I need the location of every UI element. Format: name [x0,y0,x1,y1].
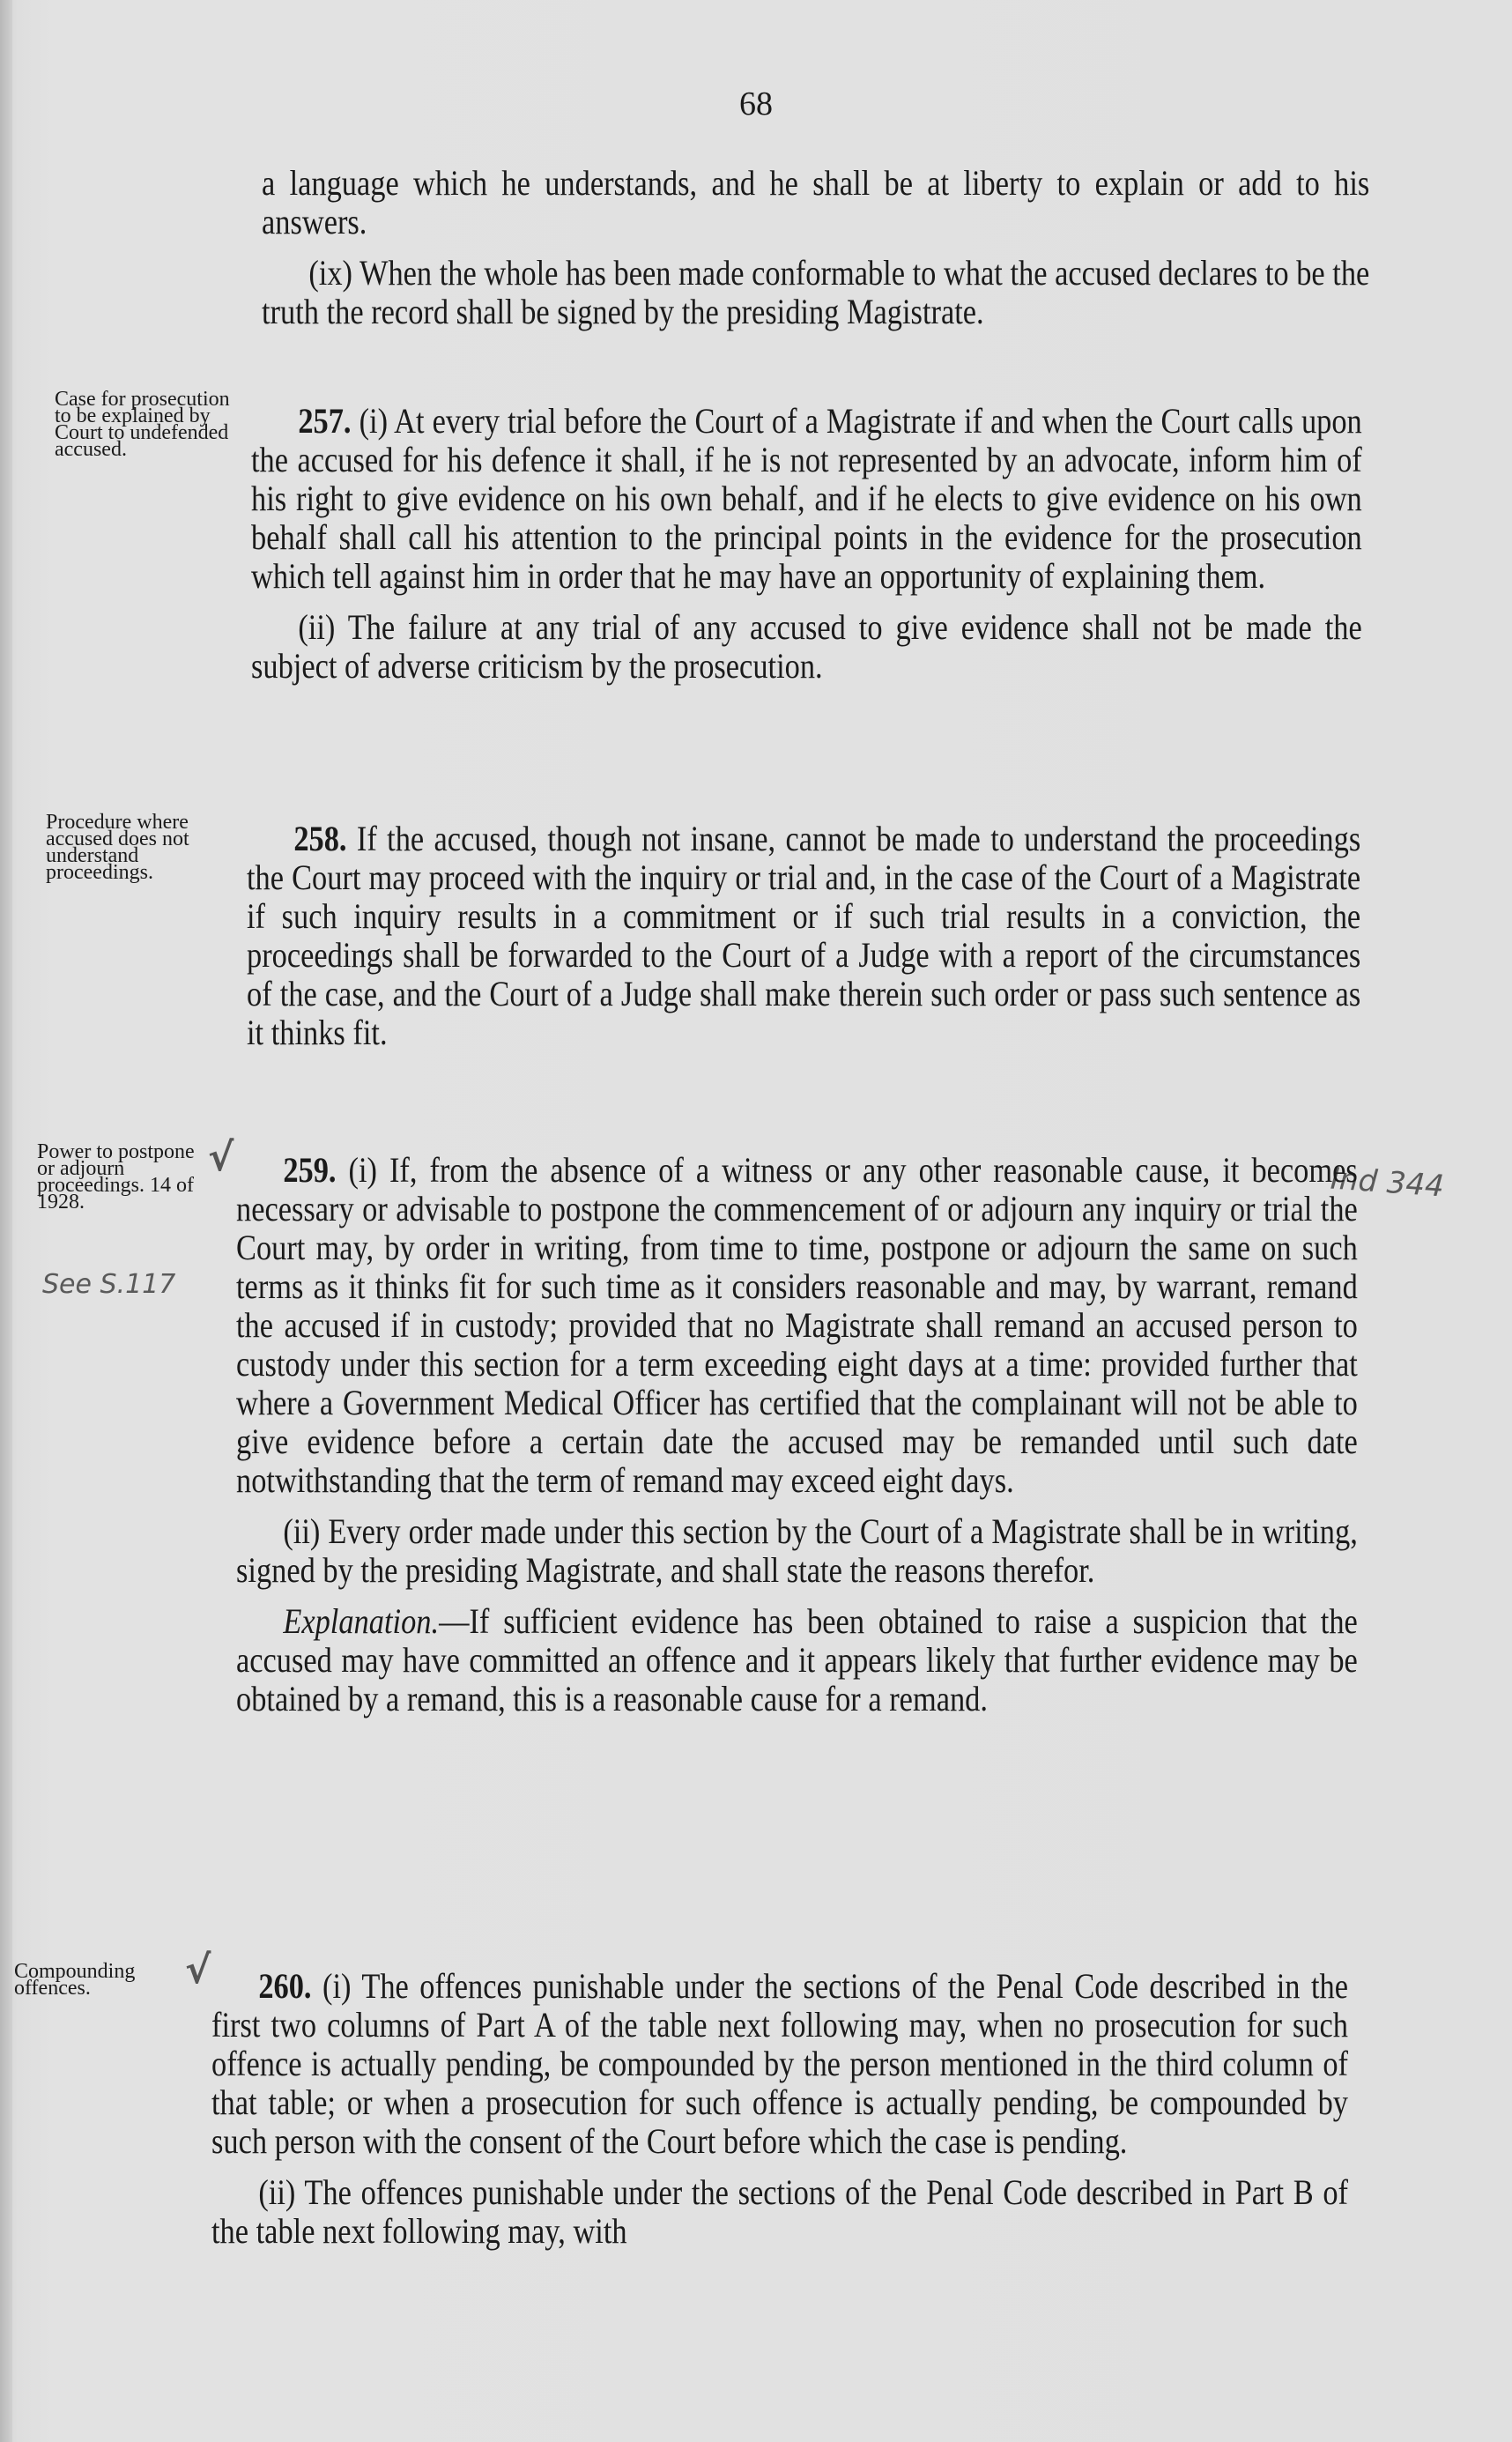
section-259: 259. (i) If, from the absence of a witne… [236,1151,1358,1731]
section-257: 257. (i) At every trial before the Court… [251,402,1362,698]
section-number: 258. [293,819,346,858]
binding-edge [0,0,12,2442]
section-257-i: 257. (i) At every trial before the Court… [251,402,1362,596]
section-258-text: 258. If the accused, though not insane, … [247,820,1360,1052]
explanation-label: Explanation. [283,1601,439,1641]
section-260-i-text: (i) The offences punishable under the se… [211,1966,1348,2161]
page-number: 68 [0,85,1512,123]
check-mark-icon: √ [208,1135,233,1180]
handwritten-see-reference: See S.117 [42,1269,175,1300]
margin-note-258: Procedure where accused does not underst… [46,814,222,881]
section-257-ii: (ii) The failure at any trial of any acc… [251,608,1362,686]
section-259-i: 259. (i) If, from the absence of a witne… [236,1151,1358,1500]
text-block-top: a language which he understands, and he … [262,164,1369,344]
section-258: 258. If the accused, though not insane, … [247,820,1360,1065]
section-258-body: If the accused, though not insane, canno… [247,819,1360,1052]
section-number: 257. [298,401,351,441]
section-260: 260. (i) The offences punishable under t… [211,1967,1348,2263]
section-259-i-text: (i) If, from the absence of a witness or… [236,1150,1358,1500]
clause-ix: (ix) When the whole has been made confor… [262,254,1369,331]
continuation-paragraph: a language which he understands, and he … [262,164,1369,241]
check-mark-icon: √ [185,1948,211,1993]
margin-note-257: Case for prosecution to be explained by … [55,391,231,458]
section-number: 260. [258,1966,311,2006]
section-number: 259. [283,1150,336,1190]
section-257-i-text: (i) At every trial before the Court of a… [251,401,1362,596]
scanned-page: 68 a language which he understands, and … [0,0,1512,2442]
margin-note-260: Compounding offences. [14,1963,190,1997]
section-259-explanation: Explanation.—If sufficient evidence has … [236,1602,1358,1718]
section-259-ii: (ii) Every order made under this section… [236,1512,1358,1590]
section-260-ii: (ii) The offences punishable under the s… [211,2173,1348,2251]
margin-note-259: Power to postpone or adjourn proceedings… [37,1144,213,1211]
section-260-i: 260. (i) The offences punishable under t… [211,1967,1348,2161]
